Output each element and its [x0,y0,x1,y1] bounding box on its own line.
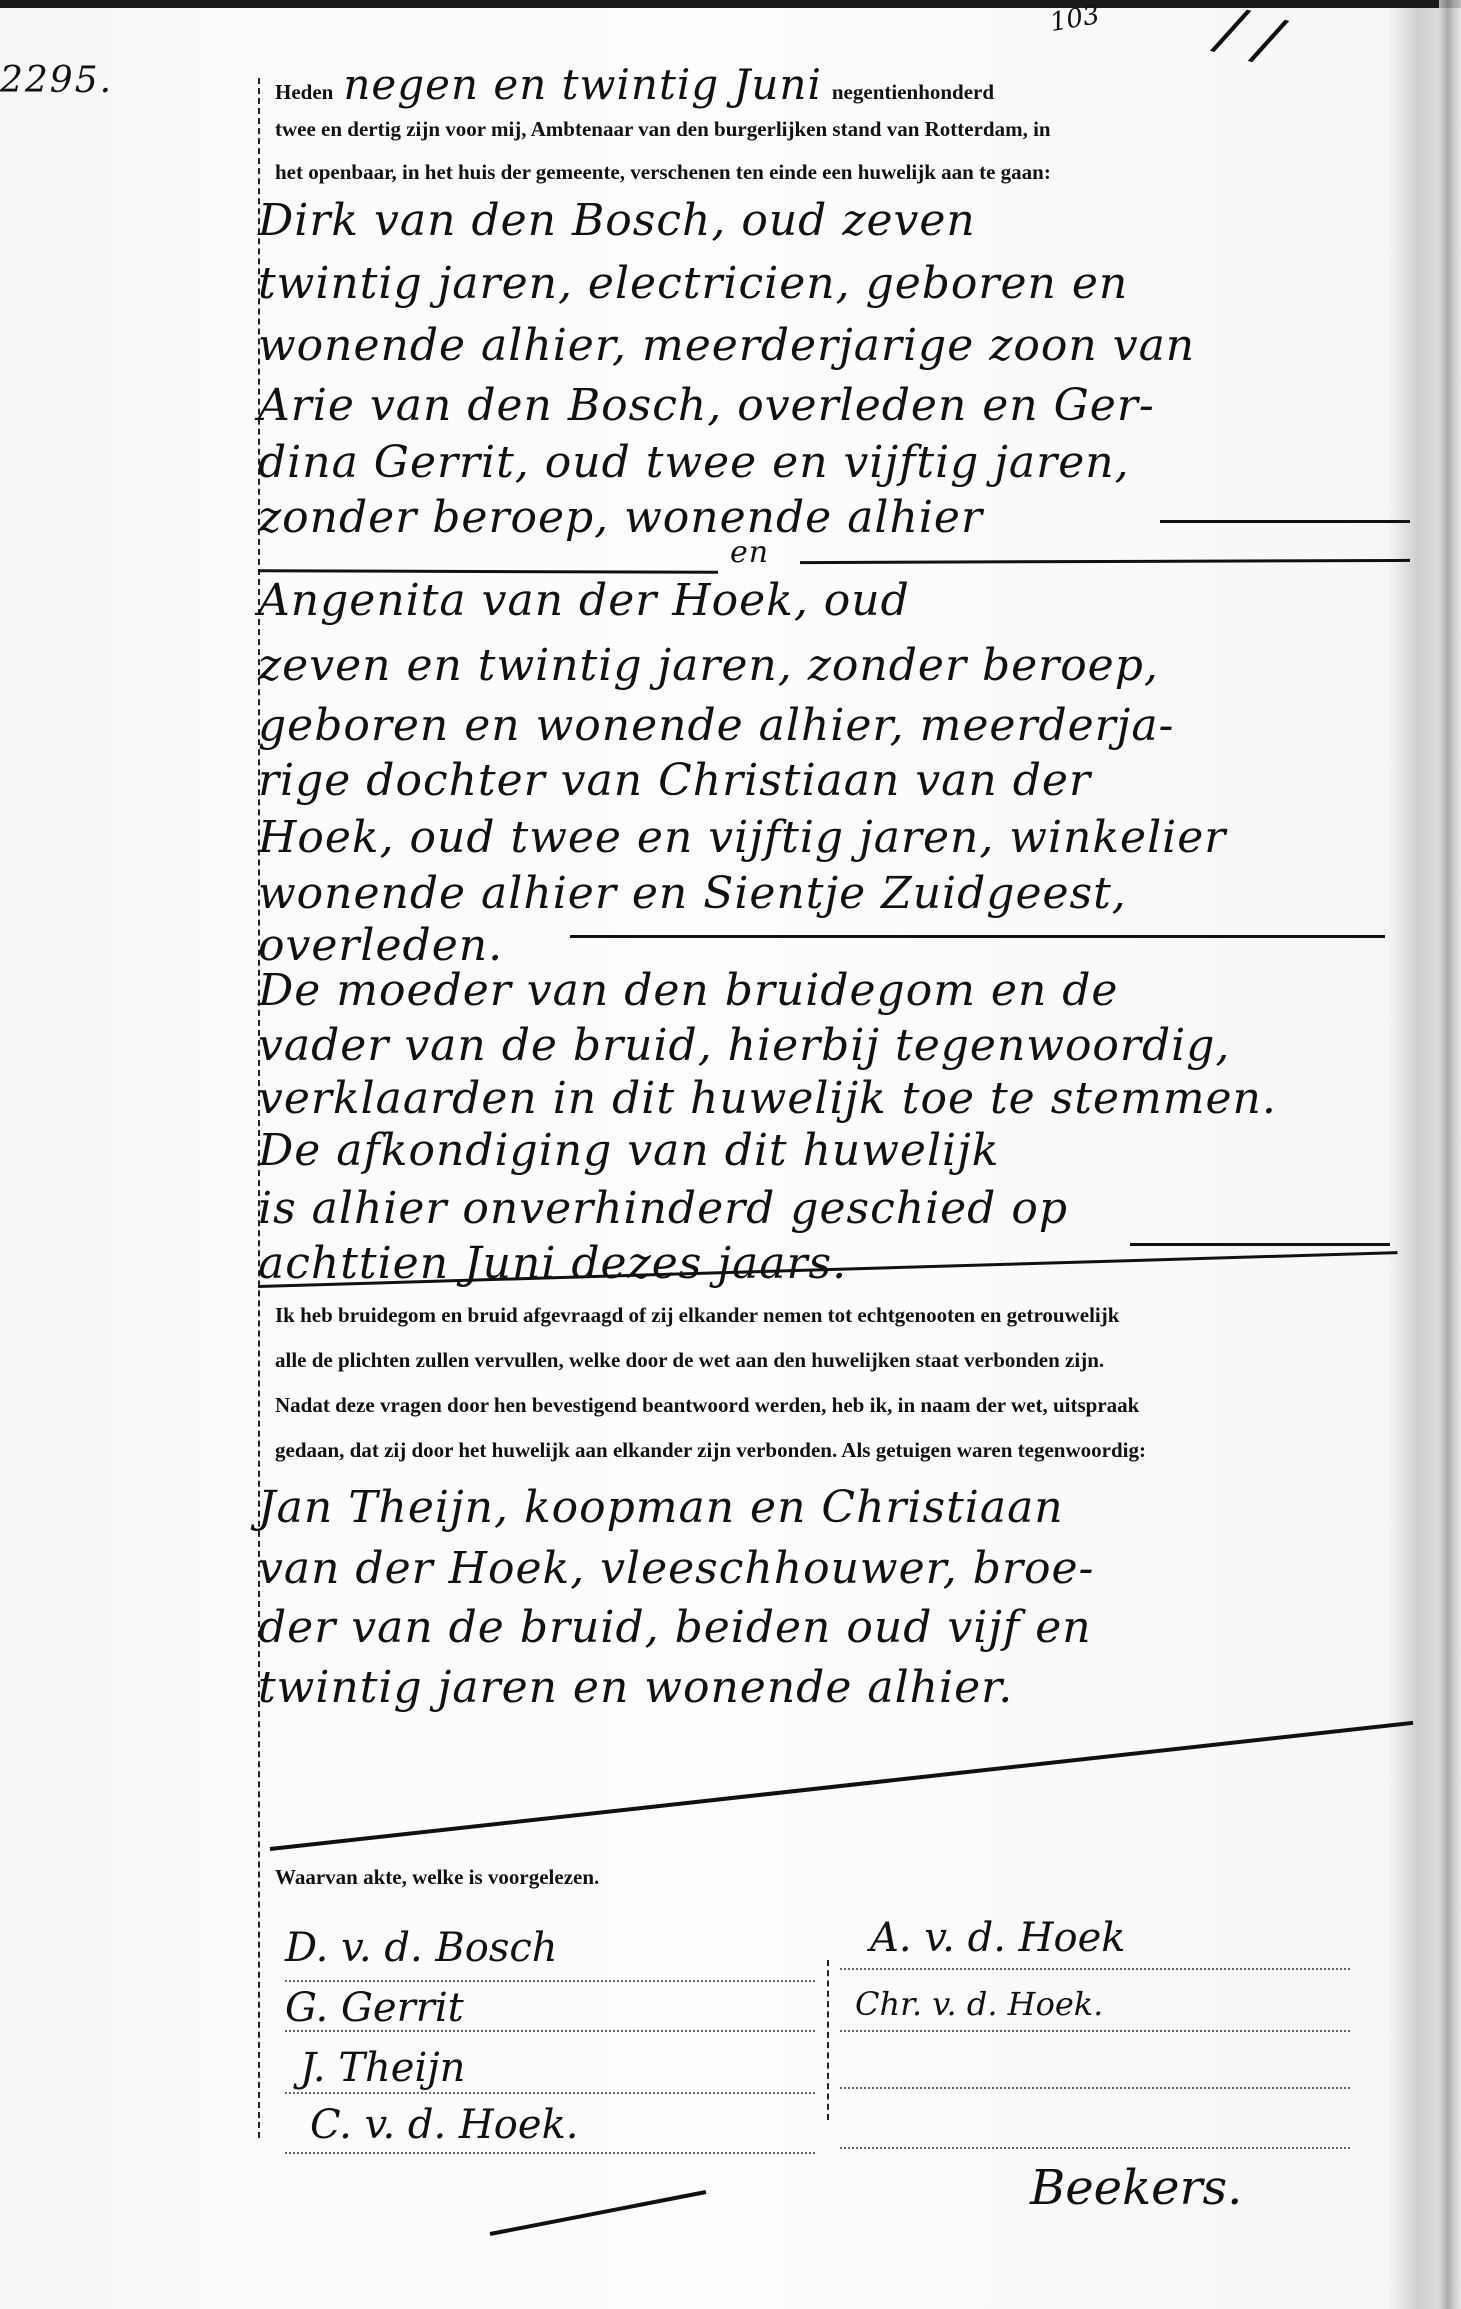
marginal-mark: / / [1212,0,1288,77]
groom-line: wonende alhier, meerderjarige zoon van [258,320,1195,371]
bride-line: rige dochter van Christiaan van der [258,755,1091,806]
declaration-line: gedaan, dat zij door het huwelijk aan el… [275,1438,1146,1463]
consent-line: De moeder van den bruidegom en de [258,965,1118,1016]
signature-flourish [490,2190,707,2236]
signature-bride: A. v. d. Hoek [870,1915,1126,1961]
opening-line-1: Heden negen en twintig Juni negentienhon… [275,60,994,109]
bride-line: zeven en twintig jaren, zonder beroep, [258,640,1159,691]
bride-line: Angenita van der Hoek, oud [258,575,910,626]
signature-line [840,1968,1350,1970]
record-number: 2295. [0,60,113,101]
groom-line: dina Gerrit, oud twee en vijftig jaren, [258,437,1130,488]
publication-line: achttien Juni dezes jaars. [258,1238,847,1289]
groom-line: twintig jaren, electricien, geboren en [258,258,1128,309]
signature-registrar: Beekers. [1030,2160,1242,2216]
opening-line-2: twee en dertig zijn voor mij, Ambtenaar … [275,117,1051,142]
bride-line: Hoek, oud twee en vijftig jaren, winkeli… [258,812,1226,863]
groom-end-rule [1160,520,1410,523]
signature-line [840,2147,1350,2149]
signature-witness-1: J. Theijn [300,2045,465,2091]
groom-line: zonder beroep, wonende alhier [258,492,983,543]
signature-line [285,2152,815,2154]
publication-line: De afkondiging van dit huwelijk [258,1125,999,1176]
bride-end-rule [570,935,1385,938]
signature-divider [827,1960,829,2120]
groom-line: Arie van den Bosch, overleden en Ger- [258,380,1155,431]
bride-line: wonende alhier en Sientje Zuidgeest, [258,868,1127,919]
publication-end-rule [1130,1243,1390,1246]
bride-line: overleden. [258,920,503,971]
groom-line: Dirk van den Bosch, oud zeven [258,195,976,246]
handwritten-date: negen en twintig Juni [343,60,822,109]
separator-rule-left [258,569,718,574]
declaration-line: alle de plichten zullen vervullen, welke… [275,1348,1104,1373]
signature-groom: D. v. d. Bosch [285,1925,558,1971]
signature-line [285,2092,815,2094]
bride-line: geboren en wonende alhier, meerderja- [258,700,1174,751]
publication-line: is alhier onverhinderd geschied op [258,1183,1068,1234]
declaration-line: Ik heb bruidegom en bruid afgevraagd of … [275,1303,1119,1328]
opening-line-3: het openbaar, in het huis der gemeente, … [275,160,1051,185]
signature-line [840,2087,1350,2089]
witness-line: van der Hoek, vleeschhouwer, broe- [258,1543,1094,1594]
civil-record-page: 2295. 103 / / Heden negen en twintig Jun… [0,0,1461,2309]
witness-line: Jan Theijn, koopman en Christiaan [258,1482,1064,1533]
witness-line: twintig jaren en wonende alhier. [258,1662,1013,1713]
printed-heden: Heden [275,80,333,105]
consent-line: verklaarden in dit huwelijk toe te stemm… [258,1073,1277,1124]
separator-word: en [730,535,769,570]
signature-line [840,2030,1350,2032]
printed-year: negentienhonderd [832,80,994,105]
signature-line [285,1980,815,1982]
separator-rule-right [800,559,1410,564]
closing-text: Waarvan akte, welke is voorgelezen. [275,1865,599,1890]
signature-bride-father: Chr. v. d. Hoek. [855,1985,1103,2023]
consent-line: vader van de bruid, hierbij tegenwoordig… [258,1020,1230,1071]
declaration-line: Nadat deze vragen door hen bevestigend b… [275,1393,1139,1418]
signature-groom-mother: G. Gerrit [285,1985,464,2031]
witness-line: der van de bruid, beiden oud vijf en [258,1602,1092,1653]
signature-witness-2: C. v. d. Hoek. [310,2102,579,2148]
witness-close-rule [270,1721,1413,1851]
book-gutter [1439,0,1461,2309]
